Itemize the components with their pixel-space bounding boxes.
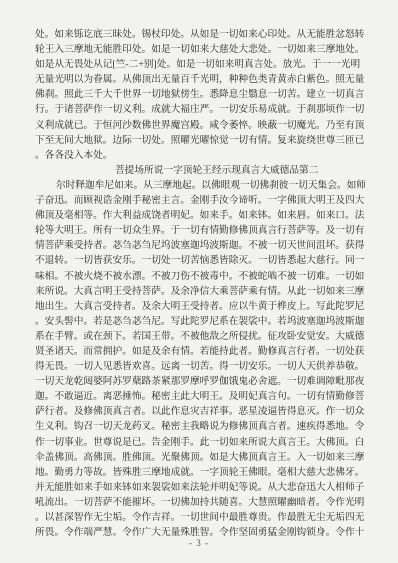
text-line: 轮王入三摩地无能胜印处。如是一切如来大慈处大悲处。一切如来三摩地处。 xyxy=(35,42,365,57)
text-line: 情菩萨乘受持者。苾刍苾刍尼坞波塞迦坞波斯迦。不被一切天世间沮坏。获得 xyxy=(35,238,365,253)
text-line: 义利成就已。于恒河沙数佛世界魔宫殿。咸令萎悴。映蔽一切魔光。乃至有顶 xyxy=(35,118,365,133)
text-line: 。以甚深智作无尘垢。令作吉祥。一切世间中最胜尊贵。作最胜无尘无垢四无 xyxy=(35,510,365,525)
text-line: 味相。不被火烧不被水漂。不被刀伤不被毒中。不被蛇啮不被一切难。一切如 xyxy=(35,269,365,284)
text-line: 无量光明以为眷属。从佛顶出无量百千光明，种种色类青黄赤白紫色。照无量 xyxy=(35,72,365,87)
sutra-page: 处。如来铄讫底三昧处。锡杖印处。从如是一切如来心印处。从无能胜忿怒转轮王入三摩地… xyxy=(0,0,398,563)
text-line: 如是从无畏处从记[竺-二+别]处。如是一切如来明真言处。放光。于一一光明 xyxy=(35,57,365,72)
sutra-text-block: 处。如来铄讫底三昧处。锡杖印处。从如是一切如来心印处。从无能胜忿怒转轮王入三摩地… xyxy=(35,27,365,540)
chapter-title-line: 菩提场所说一字顶轮王经示现真言大威德品第二 xyxy=(35,163,365,178)
text-line: 伞盖佛顶。高佛顶。胜佛顶。光聚佛顶。如是大佛顶真言王。入一切如来三摩 xyxy=(35,450,365,465)
text-line: 子奋迅。而顾视诰金刚手秘密主言。金刚手汝今谛听。一字佛顶大明王及四大 xyxy=(35,193,365,208)
text-line: 。安头髻中。若是苾刍苾刍尼。写此陀罗尼系在袈裟中。若坞波塞迦坞波斯迦 xyxy=(35,314,365,329)
text-line: 下至无间大地狱。边际一切处。照曜光曜惊觉一切有情。复来旋绕世尊三匝已 xyxy=(35,133,365,148)
text-line: 行。于诸菩萨作一切义利。成就大福庄严。一切安乐易成就。于刹那顷作一切 xyxy=(35,102,365,117)
text-line: 处。如来铄讫底三昧处。锡杖印处。从如是一切如来心印处。从无能胜忿怒转 xyxy=(35,27,365,42)
text-line: 尔时释迦牟尼如来。从三摩地起。以佛眼观一切佛刹彼一切天集会。如师 xyxy=(35,178,365,193)
text-line: 地。勤勇力等故。皆殊胜三摩地成就。一字顶轮王佛眼。毫相大慈大悲佛牙。 xyxy=(35,465,365,480)
text-line: 并无能胜如来手如来钵如来袈裟如来法轮并明妃等说。从大悲奋迅大人相师子 xyxy=(35,480,365,495)
text-line: 一切天龙乾闼婆阿苏罗蘖路茶紧那罗摩呼罗伽饿鬼必舍遮。一切难调障毗那夜 xyxy=(35,374,365,389)
text-line: 地出生。大真言受持者。及余大明王受持者。应以牛黄于桦皮上。写此陀罗尼 xyxy=(35,299,365,314)
text-line: 。各各没入本处。 xyxy=(35,148,365,163)
text-line: 贤圣诸天。而常拥护。如是及余有情。若能持此者。勤修真言行者。一切处获 xyxy=(35,344,365,359)
text-line: 轮等大明王。所有一切众生界。于一切有情勤修佛顶真言行菩萨等。及一切有 xyxy=(35,223,365,238)
text-line: 不退转。一切皆获安乐。一切处一切苦恼悉皆除灭。一切皆悉起大慈行。同一 xyxy=(35,253,365,268)
text-line: 作一切事业。世尊说是已。告金刚手。此一切如来所说大真言王。大佛顶。白 xyxy=(35,435,365,450)
text-line: 萨行者。及修佛顶真言者。以此作息灾吉祥事。恶星凌逼皆得息灭。作一切众 xyxy=(35,404,365,419)
text-line: 佛刹。照此三千大千世界一切地狱傍生。悉降息尘翳息一切苦。建立一切真言 xyxy=(35,87,365,102)
text-line: 来所说。大真言明王受持菩萨。及余净信大乘菩萨乘有情。从此一切如来三摩 xyxy=(35,284,365,299)
text-line: 生义利。钩召一切天龙药叉。秘密主我略说为修佛顶真言者。速疾得悉地。令 xyxy=(35,419,365,434)
text-line: 迦。不敢逼近。离恶捶怖。秘密主此大明王。及明妃真言句。一切有情勤修菩 xyxy=(35,389,365,404)
page-number: - 3 - xyxy=(0,538,398,548)
text-line: 吼流出。一切菩萨不能摧坏。一切佛加持共随喜。大慧照曜幽暗者。令作光明 xyxy=(35,495,365,510)
text-line: 佛顶及毫相等。作大利益成饶者明妃。如来手。如来钵。如来唇。如来口。法 xyxy=(35,208,365,223)
text-line: 系在手臂。或在颈下。若国王带。不被他敌之所侵扰。征攻卧安觉安。大威德 xyxy=(35,329,365,344)
text-line: 得无畏。一切人见悉皆欢喜。远离一切苦。得一切安乐。一切人天供养恭敬。 xyxy=(35,359,365,374)
